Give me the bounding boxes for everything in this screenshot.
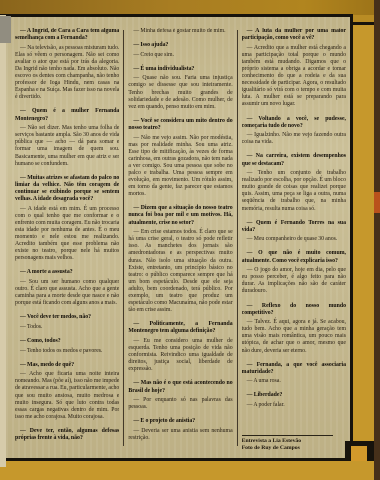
column-3: — A luta da mulher por uma maior partici… [242, 28, 346, 452]
interview-answer: — Igualzinho. Não me vejo fazendo outra … [242, 132, 346, 146]
frame-bottom-border [0, 458, 348, 461]
frame-right-border [350, 14, 353, 444]
interview-question: — Na carreira, existem desempenhos que s… [242, 153, 346, 167]
interview-answer: — Não sei dizer. Mas tenho uma folha de … [15, 125, 119, 168]
frame-top-right-notch [350, 22, 376, 25]
magazine-spread: — A Ingrid, de Cara a Cara tem alguma se… [0, 0, 380, 480]
interview-question: — A Ingrid, de Cara a Cara tem alguma se… [15, 28, 119, 42]
interview-answer: — Em crise estamos todos. É claro que se… [128, 229, 232, 314]
frame-top-border [0, 14, 353, 17]
interview-question: — Você deve ter medos, não? [15, 314, 119, 321]
interview-question: — Muitas atrizes se afastam do palco no … [15, 175, 119, 203]
interview-question: — Como, todos? [15, 338, 119, 345]
interview-answer: — Acredito que a mulher está chegando a … [242, 45, 346, 109]
frame-bottom-notch [345, 441, 376, 444]
interview-answer: — Creio que sim. [128, 52, 232, 59]
interview-answer: — Sou um ser humano como qualquer outro.… [15, 279, 119, 307]
interview-answer: — A poder falar. [242, 402, 346, 409]
interview-question: — Fernanda, a que você associaria maturi… [242, 362, 346, 376]
interview-question: — Politicamente, a Fernanda Montenegro t… [128, 321, 232, 335]
interview-answer: — Eu me considero uma mulher de esquerda… [128, 338, 232, 373]
interview-question: — Mas, medo de quê? [15, 362, 119, 369]
corner-orange-notch [351, 446, 367, 461]
interview-answer: — Acho que ficaria uma noite inteira nom… [15, 371, 119, 421]
article-page: — A Ingrid, de Cara a Cara tem alguma se… [0, 17, 351, 458]
interview-question: — Liberdade? [242, 392, 346, 399]
credits-block: Entrevista a Lia Estevão Foto de Ruy de … [242, 435, 334, 452]
interview-answer: — Quase não sou. Faria uma injustiça com… [128, 75, 232, 110]
interview-answer: — A uma rosa. [242, 378, 346, 385]
credit-photo: Foto de Ruy de Campos [242, 445, 334, 452]
background-top-band [0, 0, 380, 15]
interview-answer: — Meu companheiro de quase 30 anos. [242, 236, 346, 243]
column-divider-2 [237, 30, 238, 446]
interview-question: — Deve ter, então, algumas defesas própr… [15, 428, 119, 442]
interview-answer: — O jogo do amor, hoje em dia, pelo que … [242, 267, 346, 295]
column-layout: — A Ingrid, de Cara a Cara tem alguma se… [15, 28, 346, 452]
interview-question: — Mas não é o que está acontecendo no Br… [128, 380, 232, 394]
column-1: — A Ingrid, de Cara a Cara tem alguma se… [15, 28, 119, 452]
interview-question: — A morte a assusta? [15, 269, 119, 276]
interview-question: — Dizem que a situação do nosso teatro n… [128, 205, 232, 226]
credit-interview: Entrevista a Lia Estevão [242, 438, 334, 445]
interview-question: — Reflexo do nosso mundo competitivo? [242, 303, 346, 317]
interview-answer: — Tenho um conjunto de trabalho realizad… [242, 170, 346, 213]
column-divider-1 [123, 30, 124, 446]
interview-question: — A luta da mulher por uma maior partici… [242, 28, 346, 42]
interview-answer: — Tenho todos os medos e pavores. [15, 348, 119, 355]
interview-answer: — Deveria ser uma anistia sem nenhuma re… [128, 428, 232, 442]
edge-orange-mark [374, 192, 380, 213]
interview-question: — E o projeto de anistia? [128, 418, 232, 425]
interview-question: — Quem é Fernando Torres na sua vida? [242, 220, 346, 234]
page-edge-sliver [0, 15, 6, 467]
interview-answer: — Na televisão, as pessoas misturam tudo… [15, 45, 119, 102]
interview-question: — O que não é muito comum, atualmente. C… [242, 250, 346, 264]
interview-answer: — Não me vejo assim. Não por modéstia, m… [128, 135, 232, 199]
column-2: — Minha defesa é gostar muito de mim.— I… [128, 28, 232, 452]
interview-question: — Quem é a mulher Fernanda Montenegro? [15, 108, 119, 122]
interview-answer: — Minha defesa é gostar muito de mim. [128, 28, 232, 35]
interview-answer: — A idade está em mim. É um processo com… [15, 206, 119, 263]
interview-question: — É uma individualista? [128, 66, 232, 73]
interview-answer: — Todos. [15, 324, 119, 331]
interview-question: — Isso ajuda? [128, 42, 232, 49]
interview-question: — Voltando a você, se pudesse, começaria… [242, 116, 346, 130]
interview-answer: — Talvez. É aqui, agora e já. Se acabou,… [242, 319, 346, 354]
scan-corner-patch [0, 16, 11, 43]
interview-question: — Você se considera um mito dentro do no… [128, 118, 232, 132]
photo-edge-strip [374, 0, 380, 480]
interview-answer: — Por enquanto só nas palavras das pesso… [128, 397, 232, 411]
